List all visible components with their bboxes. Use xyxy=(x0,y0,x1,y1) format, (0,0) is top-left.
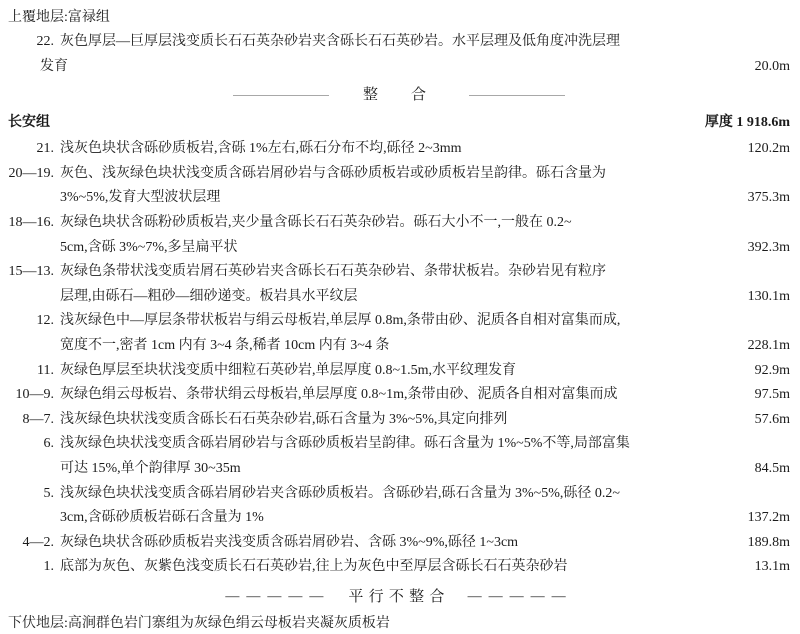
item-thickness: 228.1m xyxy=(740,334,790,359)
item-description: 灰绿色绢云母板岩、条带状绢云母板岩,单层厚度 0.8~1m,条带由砂、泥质各自相… xyxy=(60,383,747,408)
item-description: 浅灰绿色中—厚层条带状板岩与绢云母板岩,单层厚 0.8m,条带由砂、泥质各自相对… xyxy=(60,309,782,334)
item-thickness: 13.1m xyxy=(747,555,790,580)
item-thickness: 375.3m xyxy=(740,186,790,211)
item-line: 可达 15%,单个韵律厚 30~35m84.5m xyxy=(8,457,790,482)
conformity-separator: 整 合 xyxy=(8,83,790,107)
stratigraphic-description-page: 上覆地层:富禄组 22.灰色厚层—巨厚层浅变质长石石英杂砂岩夹含砾长石石英砂岩。… xyxy=(0,0,800,634)
item-number: 6. xyxy=(8,432,60,457)
item-description: 灰绿色条带状浅变质岩屑石英砂岩夹含砾长石石英杂砂岩、条带状板岩。杂砂岩见有粒序 xyxy=(60,260,782,285)
underlying-strata-label: 下伏地层:高涧群色岩门寨组为灰绿色绢云母板岩夹凝灰质板岩 xyxy=(8,616,390,631)
unconformity-dashes-right: ————— xyxy=(468,585,573,609)
item-description: 浅灰绿色块状浅变质含砾岩屑砂岩与含砾砂质板岩呈韵律。砾石含量为 1%~5%不等,… xyxy=(60,432,782,457)
item-thickness: 392.3m xyxy=(740,236,790,261)
item-line: 1.底部为灰色、灰紫色浅变质长石石英砂岩,往上为灰色中至厚层含砾长石石英杂砂岩1… xyxy=(8,555,790,580)
item-thickness: 57.6m xyxy=(747,408,790,433)
item-line: 18—16.灰绿色块状含砾粉砂质板岩,夹少量含砾长石石英杂砂岩。砾石大小不一,一… xyxy=(8,211,790,236)
item-line: 3cm,含砾砂质板岩砾石含量为 1%137.2m xyxy=(8,506,790,531)
item-line: 5cm,含砾 3%~7%,多呈扁平状392.3m xyxy=(8,236,790,261)
overlying-strata-label: 上覆地层:富禄组 xyxy=(8,10,110,25)
item-line: 20—19.灰色、浅灰绿色块状浅变质含砾岩屑砂岩与含砾砂质板岩或砂质板岩呈韵律。… xyxy=(8,162,790,187)
item-description: 底部为灰色、灰紫色浅变质长石石英砂岩,往上为灰色中至厚层含砾长石石英杂砂岩 xyxy=(60,555,747,580)
item-description: 3cm,含砾砂质板岩砾石含量为 1% xyxy=(60,506,740,531)
item-number: 18—16. xyxy=(8,211,60,236)
item-line: 6.浅灰绿色块状浅变质含砾岩屑砂岩与含砾砂质板岩呈韵律。砾石含量为 1%~5%不… xyxy=(8,432,790,457)
item-description: 3%~5%,发育大型波状层理 xyxy=(60,186,740,211)
conformity-rule-right xyxy=(469,95,565,96)
item-thickness: 92.9m xyxy=(747,359,790,384)
item-description: 发育 xyxy=(40,55,747,80)
unconformity-separator: ————— 平行不整合 ————— xyxy=(8,585,790,609)
item-number: 12. xyxy=(8,309,60,334)
changan-group-items: 21.浅灰色块状含砾砂质板岩,含砾 1%左右,砾石分布不均,砾径 2~3mm12… xyxy=(8,137,790,580)
group-heading-row: 长安组 厚度 1 918.6m xyxy=(8,110,790,136)
upper-unit-items: 22.灰色厚层—巨厚层浅变质长石石英杂砂岩夹含砾长石石英砂岩。水平层理及低角度冲… xyxy=(8,30,790,79)
item-line: 21.浅灰色块状含砾砂质板岩,含砾 1%左右,砾石分布不均,砾径 2~3mm12… xyxy=(8,137,790,162)
item-number: 10—9. xyxy=(8,383,60,408)
item-number: 8—7. xyxy=(8,408,60,433)
item-thickness: 130.1m xyxy=(740,285,790,310)
item-description: 灰色厚层—巨厚层浅变质长石石英杂砂岩夹含砾长石石英砂岩。水平层理及低角度冲洗层理 xyxy=(60,30,782,55)
item-line: 3%~5%,发育大型波状层理375.3m xyxy=(8,186,790,211)
group-total-thickness: 厚度 1 918.6m xyxy=(705,110,790,136)
item-line: 宽度不一,密者 1cm 内有 3~4 条,稀者 10cm 内有 3~4 条228… xyxy=(8,334,790,359)
conformity-rule-left xyxy=(233,95,329,96)
item-line: 8—7.浅灰绿色块状浅变质含砾长石石英杂砂岩,砾石含量为 3%~5%,具定向排列… xyxy=(8,408,790,433)
conformity-label: 整 合 xyxy=(329,83,469,107)
item-number: 15—13. xyxy=(8,260,60,285)
unconformity-dashes-left: ————— xyxy=(225,585,330,609)
item-line: 22.灰色厚层—巨厚层浅变质长石石英杂砂岩夹含砾长石石英砂岩。水平层理及低角度冲… xyxy=(8,30,790,55)
item-description: 灰绿色块状含砾粉砂质板岩,夹少量含砾长石石英杂砂岩。砾石大小不一,一般在 0.2… xyxy=(60,211,782,236)
item-line: 12.浅灰绿色中—厚层条带状板岩与绢云母板岩,单层厚 0.8m,条带由砂、泥质各… xyxy=(8,309,790,334)
item-number: 11. xyxy=(8,359,60,384)
item-description: 层理,由砾石—粗砂—细砂递变。板岩具水平纹层 xyxy=(60,285,740,310)
item-description: 灰色、浅灰绿色块状浅变质含砾岩屑砂岩与含砾砂质板岩或砂质板岩呈韵律。砾石含量为 xyxy=(60,162,782,187)
item-description: 浅灰绿色块状浅变质含砾长石石英杂砂岩,砾石含量为 3%~5%,具定向排列 xyxy=(60,408,747,433)
item-line: 4—2.灰绿色块状含砾砂质板岩夹浅变质含砾岩屑砂岩、含砾 3%~9%,砾径 1~… xyxy=(8,531,790,556)
item-description: 灰绿色块状含砾砂质板岩夹浅变质含砾岩屑砂岩、含砾 3%~9%,砾径 1~3cm xyxy=(60,531,740,556)
item-number: 5. xyxy=(8,482,60,507)
item-number: 1. xyxy=(8,555,60,580)
item-number: 21. xyxy=(8,137,60,162)
item-thickness: 189.8m xyxy=(740,531,790,556)
item-line: 5.浅灰绿色块状浅变质含砾岩屑砂岩夹含砾砂质板岩。含砾砂岩,砾石含量为 3%~5… xyxy=(8,482,790,507)
item-description: 灰绿色厚层至块状浅变质中细粒石英砂岩,单层厚度 0.8~1.5m,水平纹理发育 xyxy=(60,359,747,384)
item-line: 发育20.0m xyxy=(8,55,790,80)
unconformity-label: 平行不整合 xyxy=(330,585,467,609)
item-description: 浅灰绿色块状浅变质含砾岩屑砂岩夹含砾砂质板岩。含砾砂岩,砾石含量为 3%~5%,… xyxy=(60,482,782,507)
overlying-strata-line: 上覆地层:富禄组 xyxy=(8,6,790,30)
item-description: 浅灰色块状含砾砂质板岩,含砾 1%左右,砾石分布不均,砾径 2~3mm xyxy=(60,137,740,162)
item-description: 可达 15%,单个韵律厚 30~35m xyxy=(60,457,747,482)
item-thickness: 84.5m xyxy=(747,457,790,482)
item-thickness: 97.5m xyxy=(747,383,790,408)
item-line: 10—9.灰绿色绢云母板岩、条带状绢云母板岩,单层厚度 0.8~1m,条带由砂、… xyxy=(8,383,790,408)
item-thickness: 120.2m xyxy=(740,137,790,162)
item-line: 11.灰绿色厚层至块状浅变质中细粒石英砂岩,单层厚度 0.8~1.5m,水平纹理… xyxy=(8,359,790,384)
item-number: 20—19. xyxy=(8,162,60,187)
item-line: 层理,由砾石—粗砂—细砂递变。板岩具水平纹层130.1m xyxy=(8,285,790,310)
item-number: 4—2. xyxy=(8,531,60,556)
item-description: 5cm,含砾 3%~7%,多呈扁平状 xyxy=(60,236,740,261)
underlying-strata-line: 下伏地层:高涧群色岩门寨组为灰绿色绢云母板岩夹凝灰质板岩 xyxy=(8,612,790,634)
item-thickness: 20.0m xyxy=(747,55,790,80)
item-thickness: 137.2m xyxy=(740,506,790,531)
group-name: 长安组 xyxy=(8,110,50,136)
item-description: 宽度不一,密者 1cm 内有 3~4 条,稀者 10cm 内有 3~4 条 xyxy=(60,334,740,359)
item-number: 22. xyxy=(8,30,60,55)
item-line: 15—13.灰绿色条带状浅变质岩屑石英砂岩夹含砾长石石英杂砂岩、条带状板岩。杂砂… xyxy=(8,260,790,285)
